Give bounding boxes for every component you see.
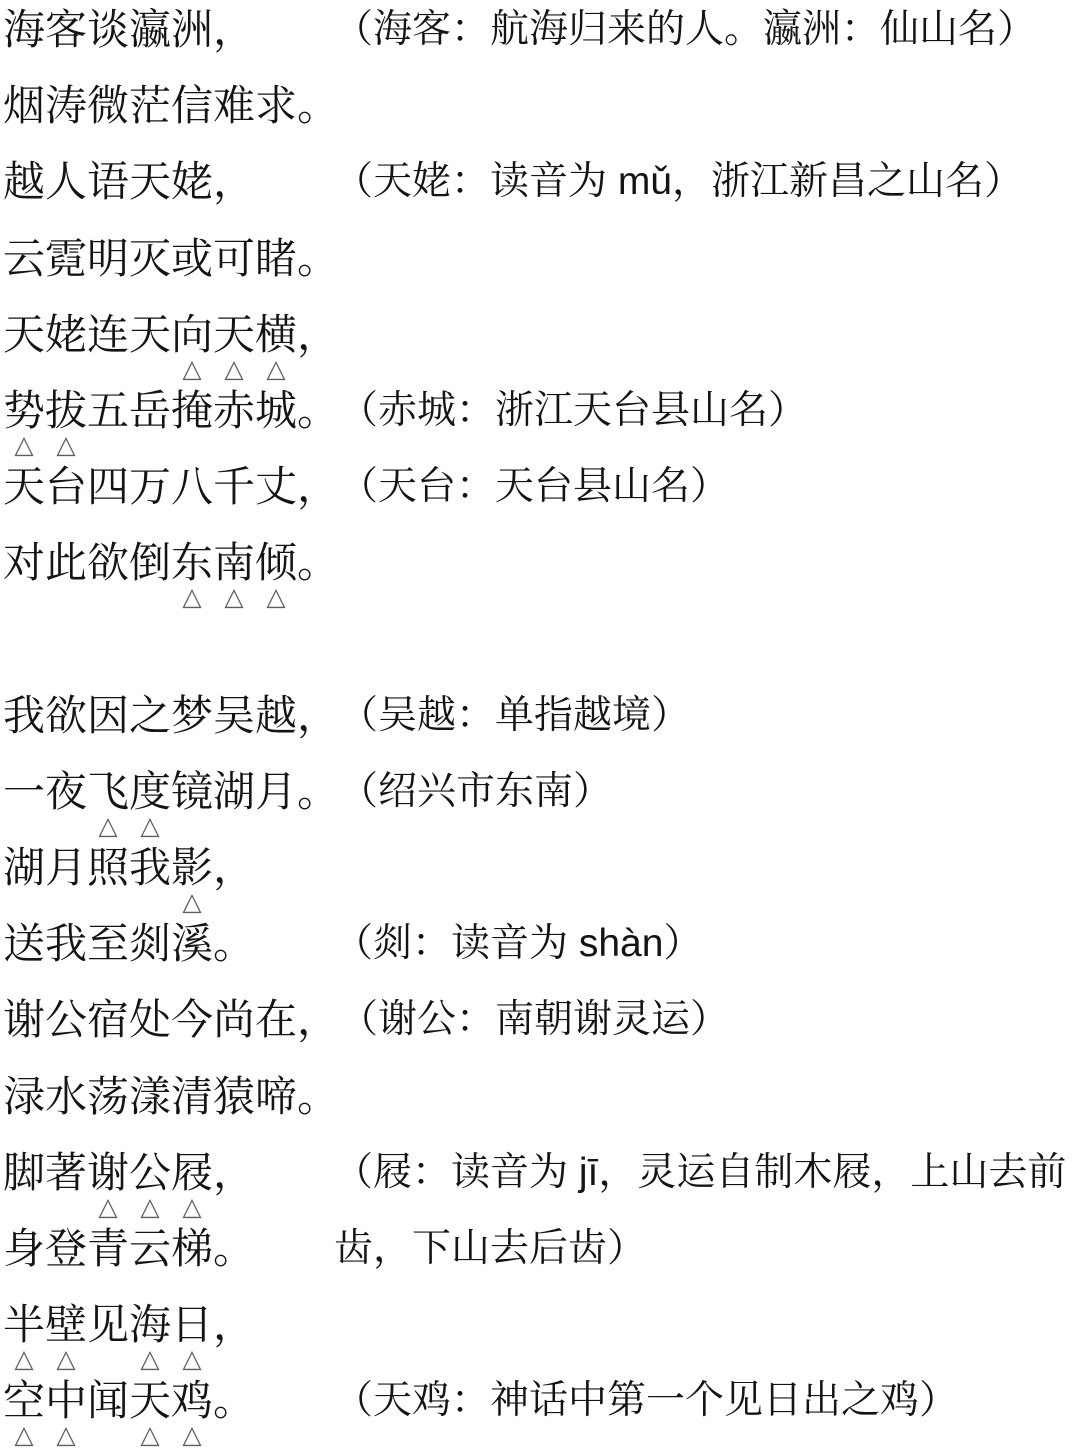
poem-text: 对此欲倒东△南△倾△。 — [3, 540, 339, 585]
poem-char: ， — [297, 312, 339, 357]
poem-line-row: 渌水荡漾清猿啼。 — [0, 1067, 1090, 1143]
poem-char: 云 — [3, 236, 45, 281]
poem-char: 见 — [87, 1302, 129, 1347]
poem-char-emphasized: 半△ — [3, 1302, 45, 1347]
poem-char: 在 — [255, 997, 297, 1042]
emphasis-triangle-icon: △ — [140, 1195, 159, 1220]
poem-char: 欲 — [45, 693, 87, 738]
poem-char-emphasized: 鸡△ — [171, 1378, 213, 1423]
poem-char: 欲 — [87, 540, 129, 585]
poem-char: 剡 — [129, 921, 171, 966]
poem-char-emphasized: 向△ — [171, 312, 213, 357]
poem-char: 人 — [45, 159, 87, 204]
poem-char: 灭 — [129, 236, 171, 281]
poem-char: 微 — [87, 83, 129, 128]
poem-char: 月 — [45, 845, 87, 890]
emphasis-triangle-icon: △ — [56, 1347, 75, 1372]
poem-char-emphasized: 影△ — [171, 845, 213, 890]
poem-char: 台 — [45, 464, 87, 509]
annotation-text: （天鸡：神话中第一个见日出之鸡） — [334, 1378, 958, 1423]
poem-char: ， — [213, 1302, 255, 1347]
poem-char-emphasized: 南△ — [213, 540, 255, 585]
poem-char: 或 — [171, 236, 213, 281]
poem-char: 求 — [255, 83, 297, 128]
poem-char: 。 — [213, 1226, 255, 1271]
emphasis-triangle-icon: △ — [56, 433, 75, 458]
emphasis-triangle-icon: △ — [224, 357, 243, 382]
poem-line-row: 烟涛微茫信难求。 — [0, 76, 1090, 152]
poem-char: 湖 — [3, 845, 45, 890]
emphasis-triangle-icon: △ — [140, 814, 159, 839]
poem-char-emphasized: 空△ — [3, 1378, 45, 1423]
annotation-text: （屐：读音为 jī，灵运自制木屐，上山去前 — [334, 1150, 1066, 1195]
poem-char: 千 — [213, 464, 255, 509]
poem-char: 明 — [87, 236, 129, 281]
poem-char-emphasized: 倾△ — [255, 540, 297, 585]
emphasis-triangle-icon: △ — [14, 1347, 33, 1372]
poem-char-emphasized: 屐△ — [171, 1150, 213, 1195]
poem-text: 身登青云梯。 — [3, 1226, 334, 1271]
poem-char: ， — [213, 159, 255, 204]
poem-char: 客 — [45, 7, 87, 52]
poem-char: 荡 — [87, 1074, 129, 1119]
poem-char: 万 — [129, 464, 171, 509]
poem-char: 茫 — [129, 83, 171, 128]
emphasis-triangle-icon: △ — [182, 357, 201, 382]
poem-char: 月 — [255, 769, 297, 814]
poem-char: 一 — [3, 769, 45, 814]
poem-char: 。 — [297, 1074, 339, 1119]
poem-char: 四 — [87, 464, 129, 509]
poem-char: 送 — [3, 921, 45, 966]
poem-char: 海 — [3, 7, 45, 52]
poem-char: 青 — [87, 1226, 129, 1271]
poem-char: 姥 — [171, 159, 213, 204]
poem-char: 水 — [45, 1074, 87, 1119]
poem-char: ， — [213, 1150, 255, 1195]
poem-char: 谢 — [3, 997, 45, 1042]
poem-char-emphasized: 中△ — [45, 1378, 87, 1423]
annotation-text: （天台：天台县山名） — [339, 464, 729, 509]
poem-line-row: 谢公宿处今尚在，（谢公：南朝谢灵运） — [0, 990, 1090, 1066]
emphasis-triangle-icon: △ — [266, 357, 285, 382]
poem-line-row: 天姥连天向△天△横△， — [0, 305, 1090, 381]
poem-text: 一夜飞△度△镜湖月。 — [3, 769, 339, 814]
poem-line-row: 云霓明灭或可睹。 — [0, 229, 1090, 305]
poem-char: 云 — [129, 1226, 171, 1271]
emphasis-triangle-icon: △ — [266, 585, 285, 610]
poem-char: 漾 — [129, 1074, 171, 1119]
poem-line-row: 湖月照我影△， — [0, 838, 1090, 914]
poem-char: 。 — [213, 1378, 255, 1423]
poem-char: 城 — [255, 388, 297, 433]
poem-line-row: 对此欲倒东△南△倾△。 — [0, 533, 1090, 609]
poem-char-emphasized: 飞△ — [87, 769, 129, 814]
emphasis-triangle-icon: △ — [182, 1195, 201, 1220]
poem-char: 夜 — [45, 769, 87, 814]
annotation-text: （谢公：南朝谢灵运） — [339, 997, 729, 1042]
poem-line-row: 空△中△闻天△鸡△。（天鸡：神话中第一个见日出之鸡） — [0, 1371, 1090, 1447]
poem-char-emphasized: 谢△ — [87, 1150, 129, 1195]
poem-char: 。 — [297, 83, 339, 128]
poem-with-annotations: 海客谈瀛洲，（海客：航海归来的人。瀛洲：仙山名）烟涛微茫信难求。越人语天姥，（天… — [0, 0, 1090, 1448]
poem-text: 天台四万八千丈， — [3, 464, 339, 509]
emphasis-triangle-icon: △ — [182, 585, 201, 610]
poem-line-row: 天台四万八千丈，（天台：天台县山名） — [0, 457, 1090, 533]
poem-text: 海客谈瀛洲， — [3, 7, 334, 52]
emphasis-triangle-icon: △ — [140, 1423, 159, 1448]
poem-line-row: 势△拔△五岳掩赤城。（赤城：浙江天台县山名） — [0, 381, 1090, 457]
poem-char: 脚 — [3, 1150, 45, 1195]
poem-char-emphasized: 壁△ — [45, 1302, 87, 1347]
poem-char: 湖 — [213, 769, 255, 814]
annotation-text: （剡：读音为 shàn） — [334, 921, 702, 966]
poem-char: 瀛 — [129, 7, 171, 52]
poem-char: 清 — [171, 1074, 213, 1119]
poem-char: 宿 — [87, 997, 129, 1042]
poem-text: 云霓明灭或可睹。 — [3, 236, 339, 281]
poem-char-emphasized: 势△ — [3, 388, 45, 433]
poem-char: 至 — [87, 921, 129, 966]
poem-char: ， — [297, 693, 339, 738]
poem-char: 溪 — [171, 921, 213, 966]
poem-char: 睹 — [255, 236, 297, 281]
poem-char: 著 — [45, 1150, 87, 1195]
poem-char: 越 — [3, 159, 45, 204]
poem-char: 天 — [129, 312, 171, 357]
poem-text: 空△中△闻天△鸡△。 — [3, 1378, 334, 1423]
poem-char-emphasized: 东△ — [171, 540, 213, 585]
poem-char: 尚 — [213, 997, 255, 1042]
poem-char: 洲 — [171, 7, 213, 52]
poem-char: 之 — [129, 693, 171, 738]
poem-char: 。 — [297, 769, 339, 814]
poem-char: 丈 — [255, 464, 297, 509]
emphasis-triangle-icon: △ — [140, 1347, 159, 1372]
poem-line-row: 越人语天姥，（天姥：读音为 mǔ，浙江新昌之山名） — [0, 152, 1090, 228]
annotation-text: （吴越：单指越境） — [339, 693, 690, 738]
blank-line-row — [0, 610, 1090, 686]
poem-char: 霓 — [45, 236, 87, 281]
poem-char: 。 — [297, 388, 339, 433]
poem-char: 渌 — [3, 1074, 45, 1119]
poem-char: 。 — [297, 236, 339, 281]
poem-char: 天 — [3, 464, 45, 509]
poem-char: 我 — [3, 693, 45, 738]
poem-char: 吴 — [213, 693, 255, 738]
poem-text: 送我至剡溪。 — [3, 921, 334, 966]
poem-char: 此 — [45, 540, 87, 585]
poem-char: 岳 — [129, 388, 171, 433]
annotation-text: 齿，下山去后齿） — [334, 1226, 646, 1271]
poem-char: 照 — [87, 845, 129, 890]
poem-char-emphasized: 横△ — [255, 312, 297, 357]
poem-text: 湖月照我影△， — [3, 845, 334, 890]
poem-char: 啼 — [255, 1074, 297, 1119]
poem-char: 。 — [213, 921, 255, 966]
poem-char: 今 — [171, 997, 213, 1042]
poem-text: 半△壁△见海△日△， — [3, 1302, 334, 1347]
poem-char-emphasized: 拔△ — [45, 388, 87, 433]
poem-text: 天姥连天向△天△横△， — [3, 312, 339, 357]
poem-char: 因 — [87, 693, 129, 738]
emphasis-triangle-icon: △ — [98, 814, 117, 839]
poem-char: ， — [213, 7, 255, 52]
annotation-text: （赤城：浙江天台县山名） — [339, 388, 807, 433]
poem-char: 可 — [213, 236, 255, 281]
annotation-text: （海客：航海归来的人。瀛洲：仙山名） — [334, 7, 1036, 52]
poem-char: 公 — [45, 997, 87, 1042]
poem-char: 谈 — [87, 7, 129, 52]
poem-text: 谢公宿处今尚在， — [3, 997, 339, 1042]
poem-line-row: 一夜飞△度△镜湖月。（绍兴市东南） — [0, 762, 1090, 838]
poem-document-page: 海客谈瀛洲，（海客：航海归来的人。瀛洲：仙山名）烟涛微茫信难求。越人语天姥，（天… — [0, 0, 1090, 1448]
poem-char: 梦 — [171, 693, 213, 738]
poem-char: 姥 — [45, 312, 87, 357]
poem-char-emphasized: 公△ — [129, 1150, 171, 1195]
poem-char-emphasized: 度△ — [129, 769, 171, 814]
poem-line-row: 我欲因之梦吴越，（吴越：单指越境） — [0, 686, 1090, 762]
poem-text: 烟涛微茫信难求。 — [3, 83, 339, 128]
poem-char: 闻 — [87, 1378, 129, 1423]
poem-char: 。 — [297, 540, 339, 585]
poem-char-emphasized: 日△ — [171, 1302, 213, 1347]
poem-char-emphasized: 天△ — [129, 1378, 171, 1423]
poem-text: 越人语天姥， — [3, 159, 334, 204]
poem-text: 脚著谢△公△屐△， — [3, 1150, 334, 1195]
poem-char: 对 — [3, 540, 45, 585]
poem-char: 掩 — [171, 388, 213, 433]
poem-char: ， — [297, 464, 339, 509]
poem-char: 赤 — [213, 388, 255, 433]
poem-line-row: 海客谈瀛洲，（海客：航海归来的人。瀛洲：仙山名） — [0, 0, 1090, 76]
poem-char: 语 — [87, 159, 129, 204]
poem-char: 梯 — [171, 1226, 213, 1271]
poem-char: 处 — [129, 997, 171, 1042]
poem-text: 我欲因之梦吴越， — [3, 693, 339, 738]
emphasis-triangle-icon: △ — [56, 1423, 75, 1448]
poem-char: 信 — [171, 83, 213, 128]
poem-char: 烟 — [3, 83, 45, 128]
poem-char: 天 — [3, 312, 45, 357]
poem-text: 渌水荡漾清猿啼。 — [3, 1074, 339, 1119]
poem-char: 我 — [45, 921, 87, 966]
poem-char: 八 — [171, 464, 213, 509]
emphasis-triangle-icon: △ — [14, 433, 33, 458]
poem-line-row: 身登青云梯。齿，下山去后齿） — [0, 1219, 1090, 1295]
poem-char: 天 — [129, 159, 171, 204]
poem-char: 登 — [45, 1226, 87, 1271]
poem-char: 难 — [213, 83, 255, 128]
poem-line-row: 半△壁△见海△日△， — [0, 1295, 1090, 1371]
annotation-text: （绍兴市东南） — [339, 769, 612, 814]
poem-char: 镜 — [171, 769, 213, 814]
poem-line-row: 送我至剡溪。（剡：读音为 shàn） — [0, 914, 1090, 990]
poem-char-emphasized: 天△ — [213, 312, 255, 357]
poem-char: 身 — [3, 1226, 45, 1271]
poem-char: 涛 — [45, 83, 87, 128]
poem-char: 猿 — [213, 1074, 255, 1119]
emphasis-triangle-icon: △ — [182, 890, 201, 915]
poem-char: 我 — [129, 845, 171, 890]
poem-char-emphasized: 海△ — [129, 1302, 171, 1347]
poem-char: 五 — [87, 388, 129, 433]
poem-char: 倒 — [129, 540, 171, 585]
poem-line-row: 脚著谢△公△屐△，（屐：读音为 jī，灵运自制木屐，上山去前 — [0, 1143, 1090, 1219]
emphasis-triangle-icon: △ — [98, 1195, 117, 1220]
emphasis-triangle-icon: △ — [14, 1423, 33, 1448]
poem-char: ， — [297, 997, 339, 1042]
emphasis-triangle-icon: △ — [182, 1423, 201, 1448]
poem-char: ， — [213, 845, 255, 890]
emphasis-triangle-icon: △ — [182, 1347, 201, 1372]
annotation-text: （天姥：读音为 mǔ，浙江新昌之山名） — [334, 159, 1023, 204]
poem-char: 连 — [87, 312, 129, 357]
poem-char: 越 — [255, 693, 297, 738]
poem-text: 势△拔△五岳掩赤城。 — [3, 388, 339, 433]
emphasis-triangle-icon: △ — [224, 585, 243, 610]
